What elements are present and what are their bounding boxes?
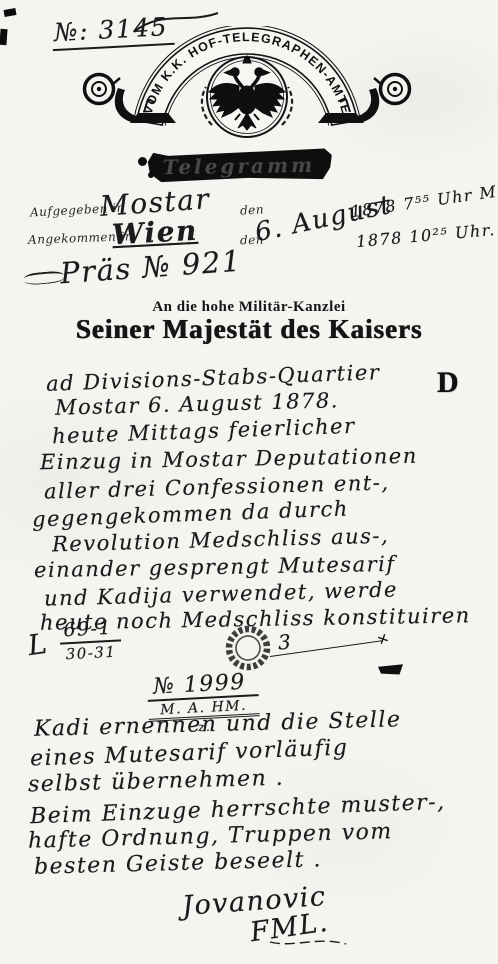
crossed-out-scribble bbox=[24, 270, 65, 285]
reply-line: selbst übernehmen . bbox=[28, 766, 285, 798]
registry-fraction: 69-1 30-31 bbox=[59, 616, 122, 663]
ink-blot bbox=[0, 29, 8, 45]
arrived-place: Wien bbox=[111, 214, 198, 251]
arrived-den-label: den bbox=[240, 233, 264, 248]
signature-flourish-icon bbox=[268, 934, 348, 950]
imperial-eagle-emblem: VOM K.K. HOF-TELEGRAPHEN-AMTE bbox=[72, 26, 422, 141]
submitted-den-label: den bbox=[240, 202, 265, 217]
ink-blot bbox=[148, 172, 154, 178]
ink-blot bbox=[138, 157, 147, 166]
ink-wedge-mark bbox=[378, 664, 403, 675]
fraction-bottom: 30-31 bbox=[60, 641, 122, 663]
submitted-time: 1878 7⁵⁵ Uhr M bbox=[349, 182, 498, 221]
margin-letter: D bbox=[437, 366, 459, 400]
body-line: Einzug in Mostar Deputationen bbox=[40, 444, 418, 475]
body-line: heute Mittags feierlicher bbox=[52, 414, 356, 449]
telegram-banner: Telegramm bbox=[146, 148, 332, 184]
address-line-2: Seiner Majestät des Kaisers bbox=[0, 314, 498, 345]
fraction-top: 69-1 bbox=[59, 616, 121, 644]
stamp-note: 3 bbox=[277, 630, 293, 655]
body-line: einander gesprengt Mutesarif bbox=[34, 552, 396, 582]
ink-blot bbox=[3, 8, 16, 17]
reply-line: eines Mutesarif vorläufig bbox=[30, 735, 349, 771]
praes-number: Präs № 921 bbox=[59, 244, 243, 291]
banner-title: Telegramm bbox=[163, 152, 316, 178]
check-tick-icon bbox=[376, 632, 390, 646]
telegram-document: №: 3145 VOM K.K. HOF-TELEGRAPHEN-AMTE bbox=[0, 0, 498, 964]
arrived-time: 1878 10²⁵ Uhr. bbox=[355, 220, 496, 251]
